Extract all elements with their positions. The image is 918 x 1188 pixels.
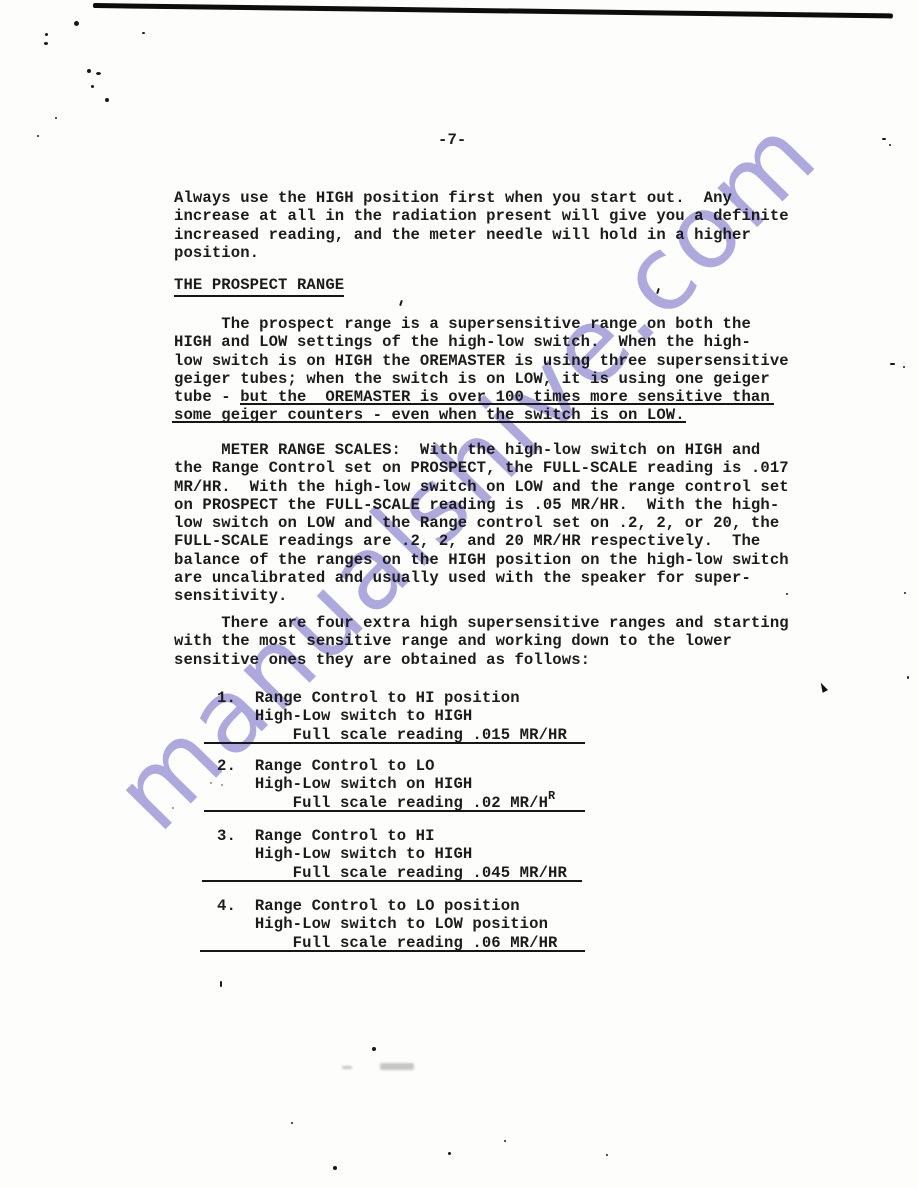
prospect-range-paragraph: The prospect range is a supersensitive r… xyxy=(174,315,789,425)
underline-rule-item-3 xyxy=(202,880,582,882)
scan-artifact-arrow-mark xyxy=(818,681,828,693)
four-ranges-paragraph: There are four extra high supersensitive… xyxy=(174,614,789,669)
meter-range-scales-paragraph: METER RANGE SCALES: With the high-low sw… xyxy=(174,441,789,606)
section-heading-prospect-range: THE PROSPECT RANGE xyxy=(174,276,344,297)
page-number: -7- xyxy=(438,131,466,149)
scan-artifact-top-line xyxy=(93,3,893,18)
underline-rule-prospect-line6 xyxy=(172,421,686,423)
range-setting-item-1: 1. Range Control to HI position High-Low… xyxy=(217,689,567,744)
underline-rule-item-4 xyxy=(200,950,585,952)
underline-rule-item-1 xyxy=(204,742,585,744)
underline-rule-prospect-line5 xyxy=(240,403,774,405)
superscript-r: R xyxy=(548,787,555,805)
range-setting-item-3: 3. Range Control to HI High-Low switch t… xyxy=(217,827,567,882)
underline-rule-item-2 xyxy=(204,810,585,812)
range-setting-item-2: 2. Range Control to LO High-Low switch o… xyxy=(217,757,548,812)
intro-paragraph: Always use the HIGH position first when … xyxy=(174,189,789,262)
range-setting-item-4: 4. Range Control to LO position High-Low… xyxy=(217,897,557,952)
